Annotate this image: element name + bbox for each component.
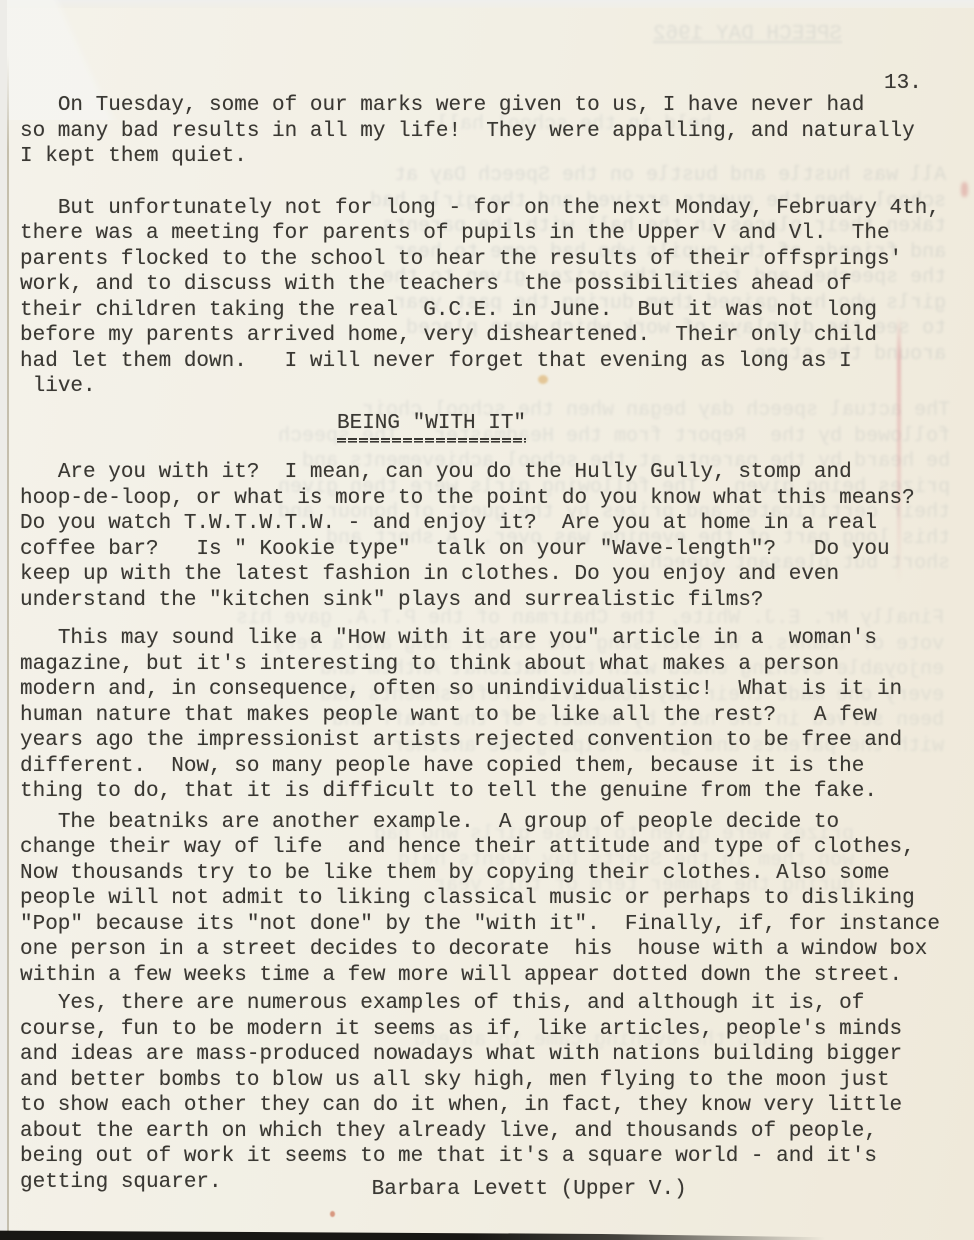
showthrough-title: SPEECH DAY 1962 xyxy=(653,22,842,48)
scan-artifact xyxy=(330,1211,335,1217)
paragraph: Are you with it? I mean, can you do the … xyxy=(20,460,966,613)
article: On Tuesday, some of our marks were given… xyxy=(20,93,966,1195)
scanned-page: SPEECH DAY 1962 held in the school hall … xyxy=(0,0,974,1240)
closing-line: getting squarer. xyxy=(20,1171,222,1194)
page-bottom-shadow xyxy=(0,1229,860,1240)
paragraph: Yes, there are numerous examples of this… xyxy=(20,991,966,1170)
paragraph: This may sound like a "How with it are y… xyxy=(20,626,966,805)
page-left-crease xyxy=(7,55,9,1240)
paragraph: The beatniks are another example. A grou… xyxy=(20,810,966,989)
section-heading-text: BEING "WITH IT" xyxy=(337,411,526,444)
page-left-edge xyxy=(0,0,7,1240)
paragraph: On Tuesday, some of our marks were given… xyxy=(20,93,966,170)
paragraph: But unfortunately not for long - for on … xyxy=(20,196,966,400)
page-number: 13. xyxy=(884,72,922,95)
closing-row: getting squarer.Barbara Levett (Upper V.… xyxy=(20,1170,966,1196)
byline: Barbara Levett (Upper V.) xyxy=(372,1178,687,1201)
section-heading: BEING "WITH IT" xyxy=(337,411,966,444)
